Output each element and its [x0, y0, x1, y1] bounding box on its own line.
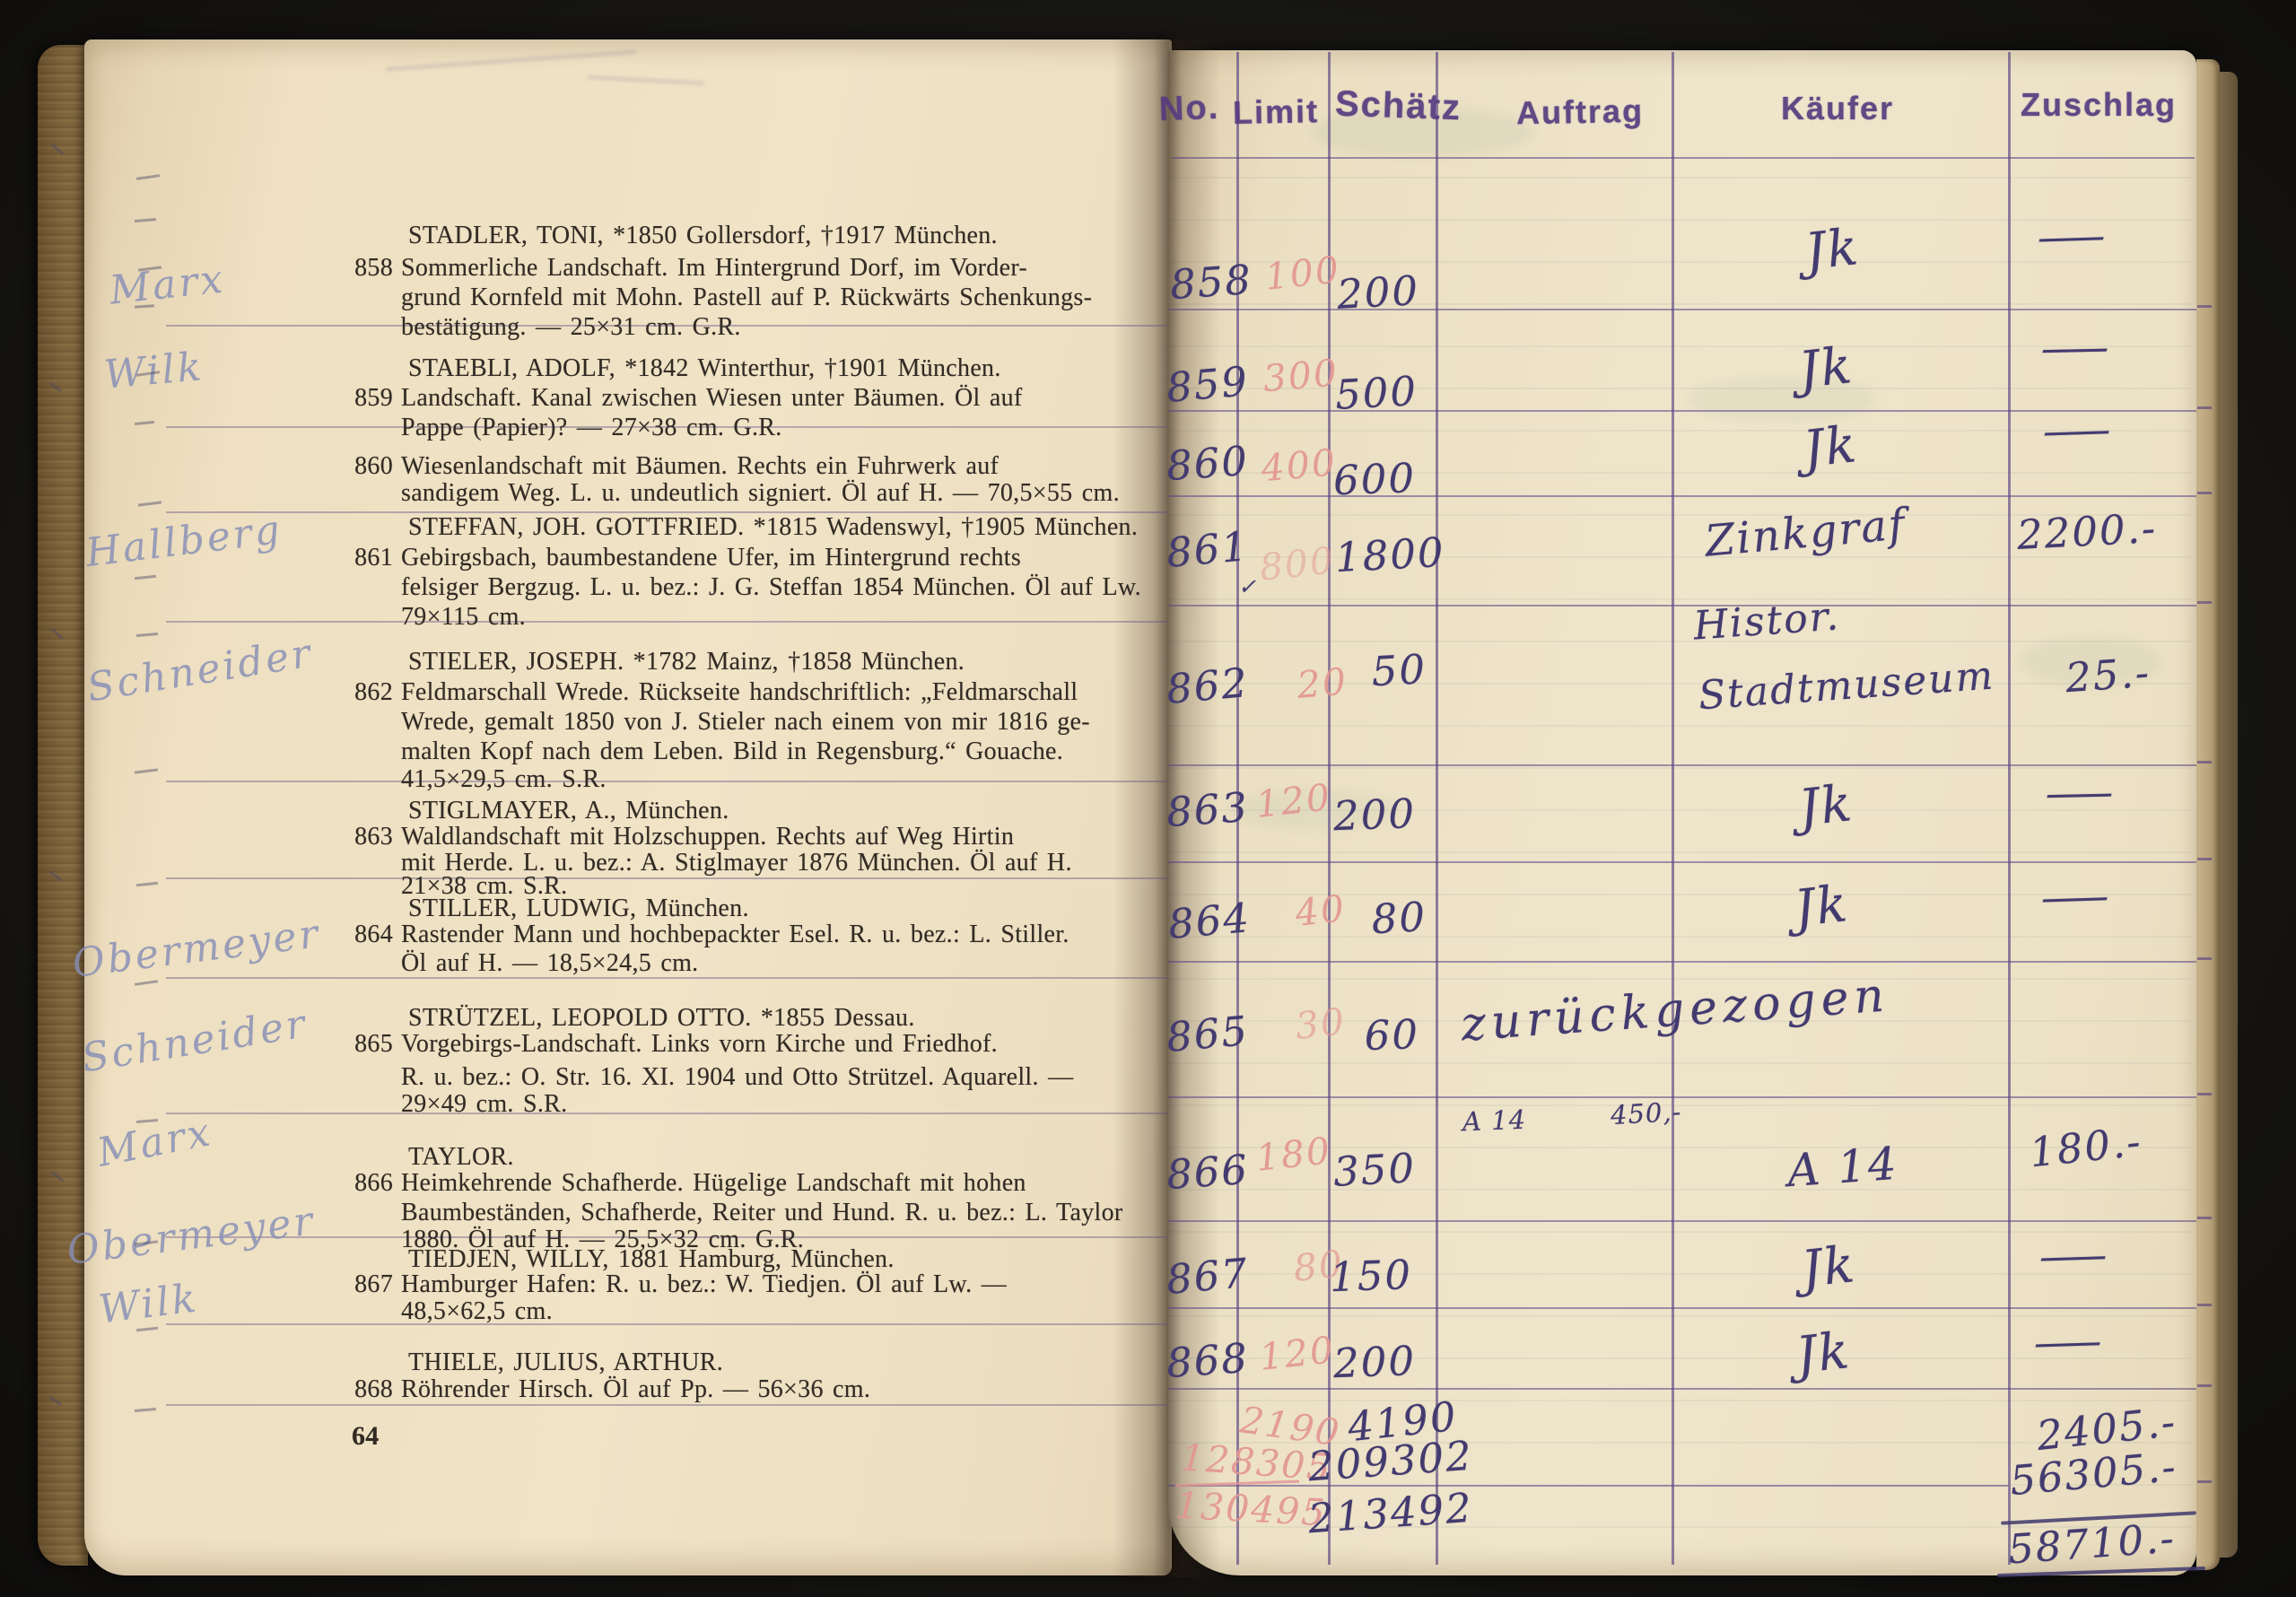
- entry-line: Röhrender Hirsch. Öl auf Pp. — 56×36 cm.: [401, 1375, 870, 1403]
- column-rule-kaeufer-zuschlag: [2008, 52, 2011, 1565]
- ledger-no: 864: [1166, 894, 1253, 948]
- entry-line: Wiesenlandschaft mit Bäumen. Rechts ein …: [401, 452, 999, 480]
- row-line: [1168, 1388, 2196, 1390]
- ledger-kaeufer: Jk: [1796, 774, 1856, 838]
- ledger-no: 862: [1165, 659, 1251, 713]
- ledger-schaetz: 80: [1325, 893, 1428, 946]
- lot-number: 866: [339, 1169, 393, 1197]
- artist-name: STIGLMAYER, A., München.: [408, 797, 729, 825]
- lot-number: 861: [339, 544, 393, 572]
- ledger-zuschlag: —: [2034, 211, 2111, 261]
- row-line: [166, 1323, 1168, 1325]
- ledger-kaeufer: Jk: [1799, 1235, 1859, 1299]
- column-rule-schaetz-auftrag: [1436, 52, 1438, 1565]
- ledger-zuschlag: 25.-: [2064, 649, 2152, 702]
- entry-line: Gebirgsbach, baumbestandene Ufer, im Hin…: [401, 544, 1021, 572]
- edge-rule-tick: [2197, 761, 2212, 764]
- entry-line: malten Kopf nach dem Leben. Bild in Rege…: [401, 737, 1063, 765]
- entry-line: Vorgebirgs-Landschaft. Links vorn Kirche…: [401, 1030, 998, 1058]
- entry-line: Sommerliche Landschaft. Im Hintergrund D…: [401, 254, 1027, 282]
- ledger-book-photo: No. Limit Schätz Auftrag Käufer Zuschlag…: [0, 0, 2296, 1597]
- artist-name: STIELER, JOSEPH. *1782 Mainz, †1858 Münc…: [408, 648, 965, 676]
- entry-line: Heimkehrende Schafherde. Hügelige Landsc…: [401, 1169, 1026, 1197]
- ledger-auftrag-amount: 450,-: [1610, 1096, 1682, 1130]
- column-header-schaetz: Schätz: [1334, 84, 1462, 129]
- artist-name: STADLER, TONI, *1850 Gollersdorf, †1917 …: [408, 222, 998, 249]
- edge-rule-tick: [2197, 601, 2212, 604]
- ledger-schaetz: 150: [1311, 1251, 1413, 1302]
- ledger-kaeufer: A 14: [1785, 1138, 1899, 1197]
- edge-rule-tick: [2197, 1304, 2212, 1306]
- entry-line: Pappe (Papier)? — 27×38 cm. G.R.: [401, 414, 782, 441]
- artist-name: STAEBLI, ADOLF, *1842 Winterthur, †1901 …: [408, 354, 1001, 382]
- entry-line: grund Kornfeld mit Mohn. Pastell auf P. …: [401, 284, 1092, 311]
- entry-line: bestätigung. — 25×31 cm. G.R.: [401, 313, 741, 341]
- page-number: 64: [352, 1422, 380, 1450]
- artist-name: TAYLOR.: [408, 1143, 514, 1171]
- lot-number: 860: [339, 452, 393, 480]
- row-line: [166, 877, 1168, 879]
- artist-name: STEFFAN, JOH. GOTTFRIED. *1815 Wadenswyl…: [408, 513, 1138, 541]
- ledger-kaeufer: Jk: [1796, 336, 1856, 400]
- ledger-no: 865: [1165, 1007, 1251, 1061]
- entry-line: Rastender Mann und hochbepackter Esel. R…: [401, 921, 1069, 948]
- entry-line: 79×115 cm.: [401, 603, 526, 631]
- ledger-zuschlag: —: [2043, 767, 2119, 817]
- ledger-auftrag-code: A 14: [1462, 1104, 1526, 1137]
- ledger-zuschlag: —: [2030, 1316, 2108, 1366]
- row-line: [166, 621, 1168, 623]
- ledger-schaetz: 200: [1314, 790, 1417, 841]
- row-line: [1168, 764, 2196, 766]
- entry-line: Feldmarschall Wrede. Rückseite handschri…: [401, 678, 1078, 706]
- edge-rule-tick: [2197, 1480, 2212, 1483]
- row-line: [1168, 1307, 2196, 1309]
- row-line: [166, 1404, 1168, 1406]
- total-limit-sum: 130495: [1174, 1484, 1328, 1535]
- lot-number: 868: [339, 1375, 393, 1403]
- artist-name: STRÜTZEL, LEOPOLD OTTO. *1855 Dessau.: [408, 1004, 915, 1032]
- entry-line: Waldlandschaft mit Holzschuppen. Rechts …: [401, 823, 1014, 851]
- entry-line: sandigem Weg. L. u. undeutlich signiert.…: [401, 479, 1120, 507]
- check-mark: ✓: [1238, 574, 1258, 599]
- edge-rule-tick: [2197, 406, 2212, 409]
- lot-number: 859: [339, 384, 393, 412]
- ledger-kaeufer: Jk: [1794, 1322, 1854, 1385]
- lot-number: 864: [339, 921, 393, 948]
- ledger-schaetz: 200: [1318, 266, 1421, 319]
- entry-line: felsiger Bergzug. L. u. bez.: J. G. Stef…: [401, 573, 1141, 601]
- row-line: [1168, 605, 2196, 607]
- row-line: [166, 977, 1168, 979]
- column-header-no: No.: [1158, 89, 1220, 129]
- edge-rule-tick: [2197, 957, 2212, 960]
- artist-name: STILLER, LUDWIG, München.: [408, 894, 749, 922]
- row-line: [166, 1113, 1168, 1114]
- entry-line: R. u. bez.: O. Str. 16. XI. 1904 und Ott…: [401, 1063, 1073, 1091]
- entry-line: Hamburger Hafen: R. u. bez.: W. Tiedjen.…: [401, 1270, 1007, 1298]
- edge-rule-tick: [2197, 492, 2212, 494]
- artist-name: THIELE, JULIUS, ARTHUR.: [408, 1348, 723, 1376]
- entry-line: 29×49 cm. S.R.: [401, 1090, 567, 1118]
- edge-rule-tick: [2197, 305, 2212, 308]
- left-binding-page-stack: [38, 45, 88, 1566]
- entry-line: Landschaft. Kanal zwischen Wiesen unter …: [401, 384, 1023, 412]
- edge-rule-tick: [2197, 1217, 2212, 1219]
- artist-name: TIEDJEN, WILLY, 1881 Hamburg, München.: [408, 1245, 895, 1273]
- lot-number: 863: [339, 823, 393, 851]
- column-rule-auftrag-kaeufer: [1672, 52, 1674, 1565]
- lot-number: 867: [339, 1270, 393, 1298]
- row-line: [1168, 861, 2196, 863]
- lot-number: 862: [339, 678, 393, 706]
- entry-line: Wrede, gemalt 1850 von J. Stieler nach e…: [401, 708, 1090, 736]
- lot-number: 858: [339, 254, 393, 282]
- ledger-schaetz: 1800: [1334, 528, 1446, 581]
- edge-rule-tick: [2197, 858, 2212, 860]
- ledger-schaetz: 600: [1314, 454, 1417, 505]
- ledger-schaetz: 500: [1316, 367, 1419, 420]
- ledger-kaeufer: Jk: [1803, 218, 1863, 282]
- ledger-zuschlag: —: [2038, 871, 2115, 921]
- ledger-schaetz: 200: [1314, 1337, 1417, 1388]
- entry-line: Öl auf H. — 18,5×24,5 cm.: [401, 949, 698, 977]
- ledger-kaeufer: Histor. Stadtmuseum: [1691, 572, 1997, 732]
- ledger-zuschlag: —: [2038, 322, 2115, 372]
- ledger-zuschlag: —: [2039, 405, 2117, 455]
- row-line: [166, 781, 1168, 782]
- entry-line: Baumbeständen, Schafherde, Reiter und Hu…: [401, 1199, 1123, 1226]
- edge-rule-tick: [2197, 1093, 2212, 1095]
- page-edge-sliver: [2196, 59, 2220, 1570]
- column-header-auftrag: Auftrag: [1516, 92, 1645, 132]
- ledger-schaetz: 350: [1314, 1144, 1418, 1197]
- ledger-schaetz: 60: [1318, 1010, 1420, 1061]
- header-underline: [1172, 157, 2195, 159]
- ledger-kaeufer: Jk: [1801, 415, 1861, 479]
- row-line: [1168, 961, 2196, 963]
- edge-rule-tick: [2197, 1384, 2212, 1387]
- ledger-kaeufer: Jk: [1792, 875, 1852, 938]
- entry-line: 48,5×62,5 cm.: [401, 1297, 553, 1325]
- column-header-limit: Limit: [1233, 92, 1320, 132]
- ledger-zuschlag: 2200.-: [2016, 504, 2159, 559]
- row-line: [1168, 1096, 2196, 1098]
- row-line: [1168, 1220, 2196, 1222]
- ledger-zuschlag: —: [2036, 1230, 2113, 1280]
- ledger-no: 867: [1165, 1249, 1251, 1304]
- ledger-schaetz: 50: [1325, 645, 1428, 698]
- column-header-kaeufer: Käufer: [1781, 90, 1894, 127]
- entry-line: 41,5×29,5 cm. S.R.: [401, 765, 607, 793]
- lot-number: 865: [339, 1030, 393, 1058]
- page-edge-sliver-2: [2220, 72, 2238, 1558]
- column-header-zuschlag: Zuschlag: [2021, 86, 2177, 124]
